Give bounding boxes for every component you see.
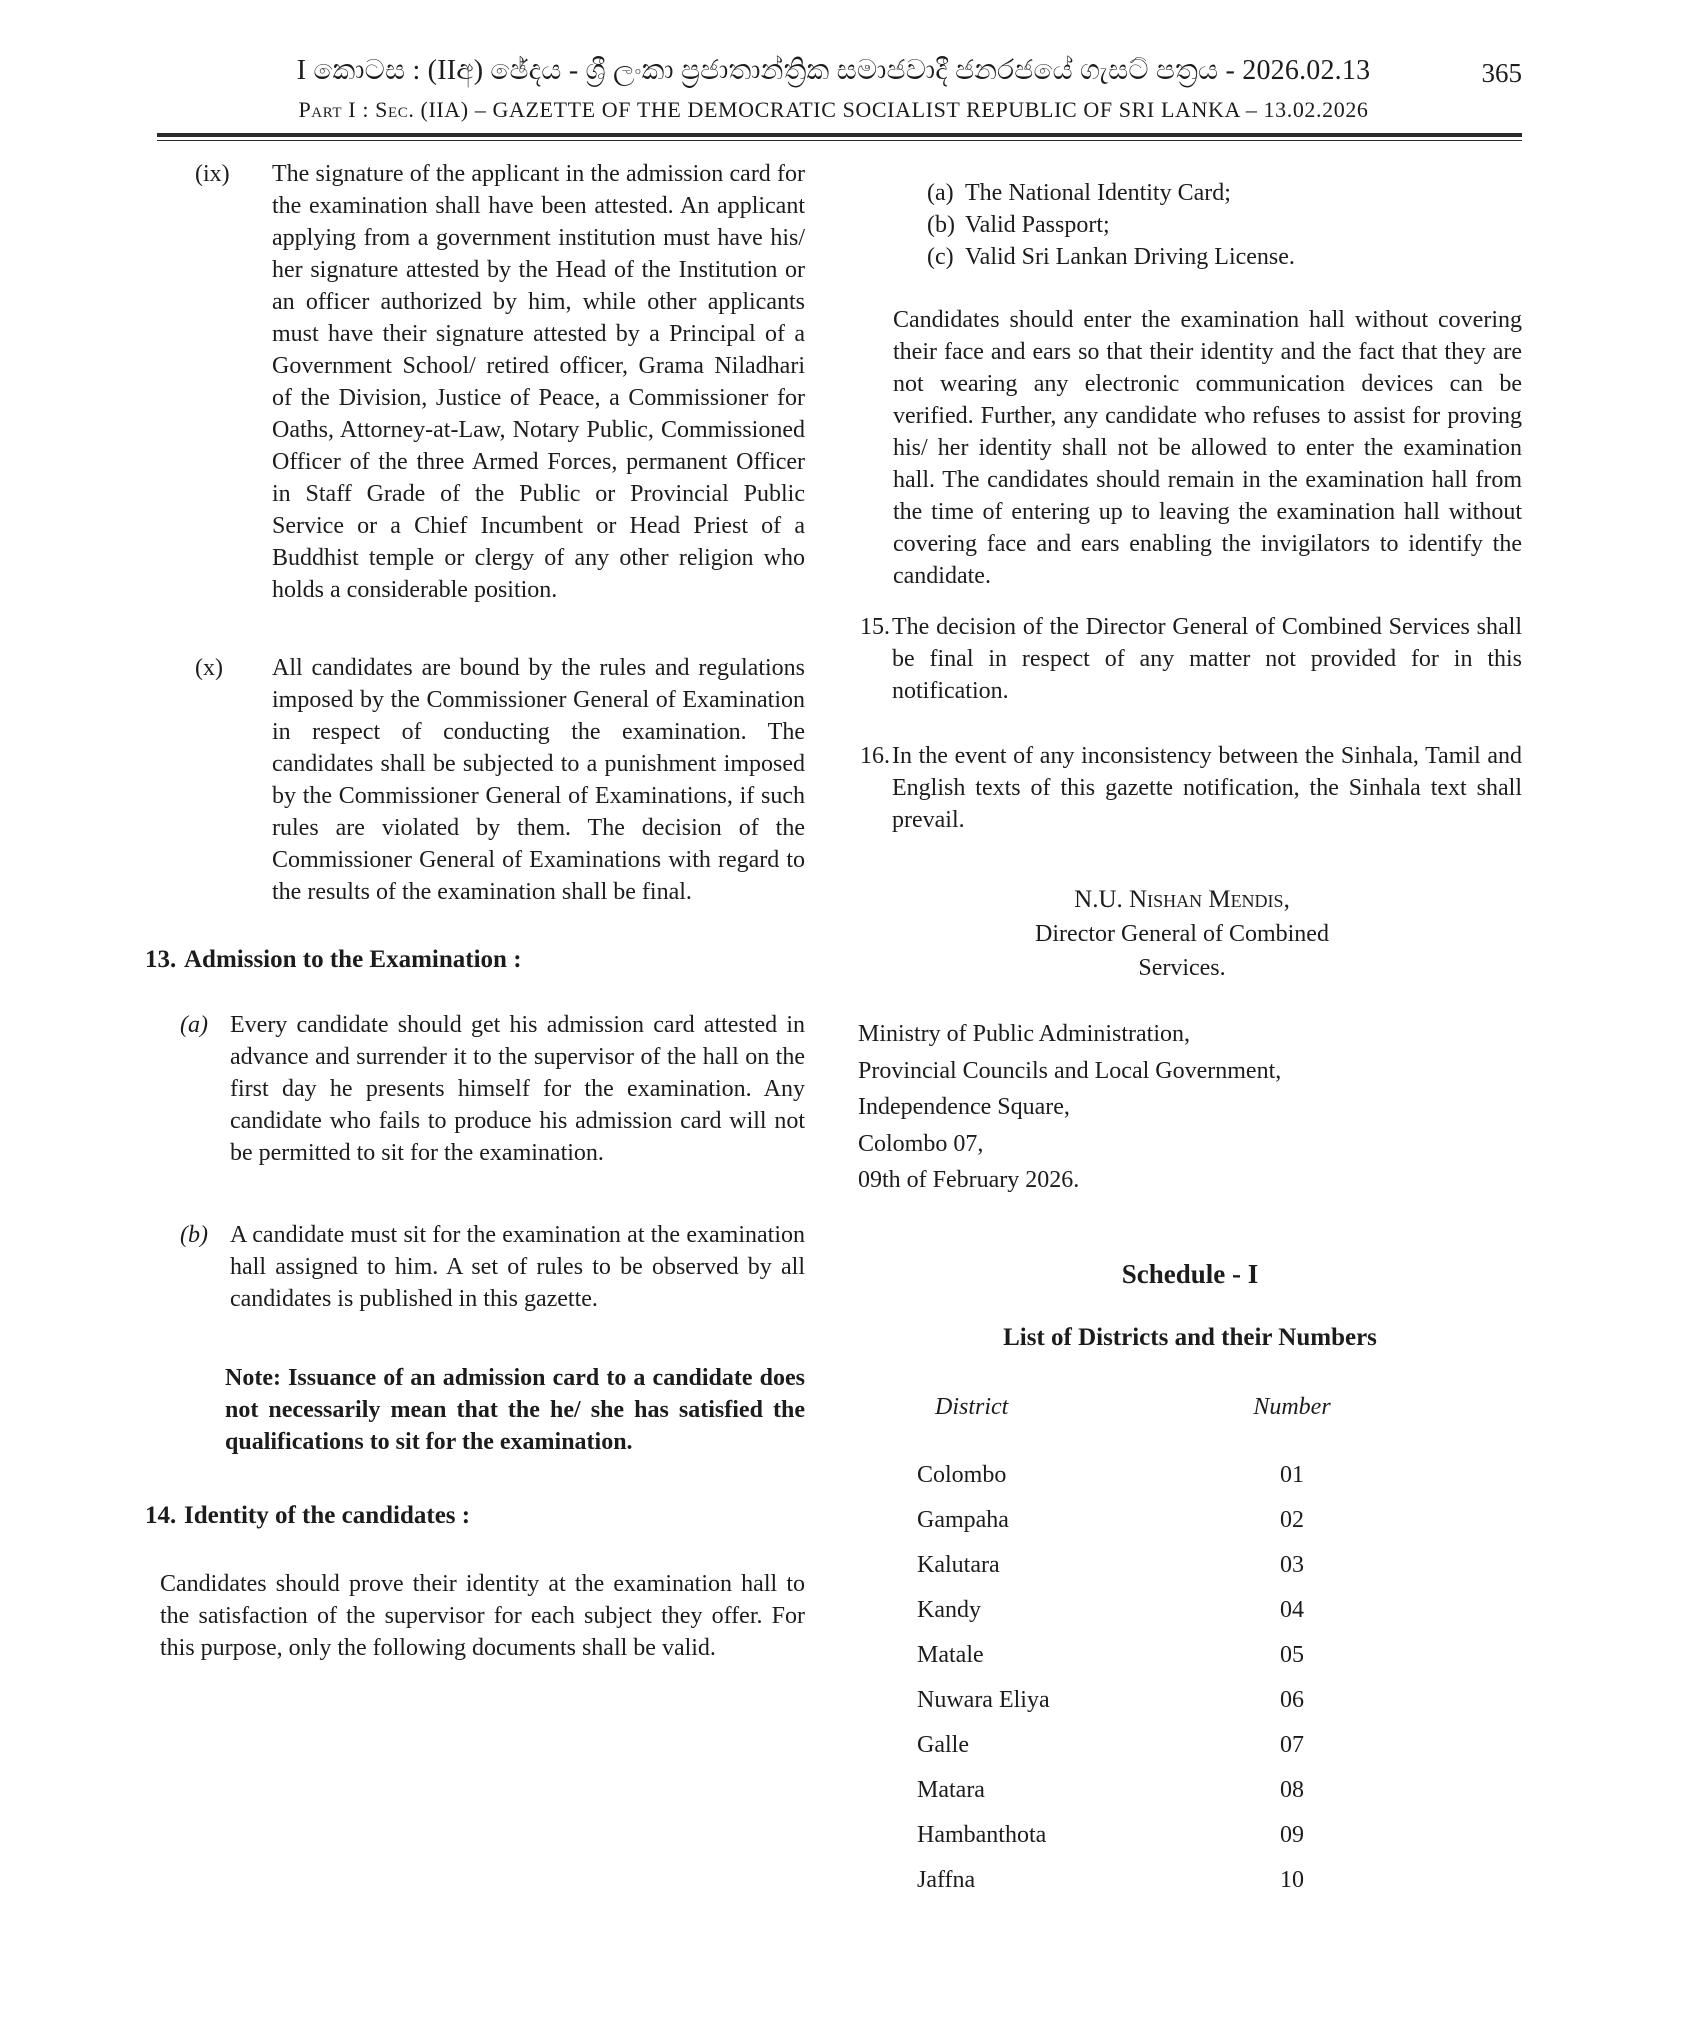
doc-item-a-text: The National Identity Card;	[965, 180, 1231, 206]
table-row: Kandy 04	[858, 1594, 1522, 1626]
district-header-cell: District	[858, 1391, 1252, 1423]
header-english: Part I : Sec. (IIA) – GAZETTE OF THE DEM…	[145, 96, 1522, 124]
doc-item-b-label: (b)	[927, 209, 955, 241]
doc-item-c-text: Valid Sri Lankan Driving License.	[965, 244, 1295, 270]
signatory-title-line1: Director General of Combined	[858, 917, 1506, 951]
note-paragraph: Note: Issuance of an admission card to a…	[225, 1362, 805, 1458]
clause-13b: (b) A candidate must sit for the examina…	[145, 1219, 805, 1315]
number-header-cell: Number	[1252, 1391, 1332, 1423]
signatory-title-line2: Services.	[858, 951, 1506, 985]
section-14-number: 14.	[145, 1500, 184, 1532]
number-cell: 09	[1252, 1819, 1332, 1851]
clause-16: 16. In the event of any inconsistency be…	[858, 740, 1522, 836]
clause-x-text: All candidates are bound by the rules an…	[272, 655, 805, 905]
doc-item-b-text: Valid Passport;	[965, 212, 1110, 238]
number-cell: 08	[1252, 1774, 1332, 1806]
doc-item-b: (b) Valid Passport;	[858, 209, 1522, 241]
page-number: 365	[1482, 60, 1523, 87]
address-line: Ministry of Public Administration,	[858, 1016, 1522, 1053]
clause-x-label: (x)	[195, 652, 223, 684]
header-divider	[157, 133, 1522, 141]
district-cell: Hambanthota	[858, 1819, 1252, 1851]
table-row: Matara 08	[858, 1774, 1522, 1806]
table-row: Kalutara 03	[858, 1549, 1522, 1581]
district-cell: Galle	[858, 1729, 1252, 1761]
section-14-title: Identity of the candidates :	[184, 1502, 470, 1529]
district-cell: Matale	[858, 1639, 1252, 1671]
doc-item-a: (a) The National Identity Card;	[858, 177, 1522, 209]
signature-block: N.U. Nishan Mendis, Director General of …	[858, 883, 1506, 985]
signatory-name: N.U. Nishan Mendis,	[858, 883, 1506, 917]
district-cell: Kandy	[858, 1594, 1252, 1626]
valid-documents-list: (a) The National Identity Card; (b) Vali…	[858, 177, 1522, 273]
number-cell: 04	[1252, 1594, 1332, 1626]
clause-15-text: The decision of the Director General of …	[892, 614, 1522, 704]
doc-item-a-label: (a)	[927, 177, 954, 209]
district-cell: Matara	[858, 1774, 1252, 1806]
doc-item-c-label: (c)	[927, 241, 954, 273]
clause-13a-text: Every candidate should get his admission…	[230, 1012, 805, 1166]
number-cell: 03	[1252, 1549, 1332, 1581]
clause-ix-label: (ix)	[195, 158, 230, 190]
doc-item-c: (c) Valid Sri Lankan Driving License.	[858, 241, 1522, 273]
address-line: Colombo 07,	[858, 1126, 1522, 1163]
section-13-number: 13.	[145, 944, 184, 976]
clause-16-label: 16.	[860, 740, 890, 772]
table-row: Jaffna 10	[858, 1864, 1522, 1896]
clause-13a: (a) Every candidate should get his admis…	[145, 1009, 805, 1169]
number-cell: 05	[1252, 1639, 1332, 1671]
schedule-subtitle: List of Districts and their Numbers	[858, 1322, 1522, 1354]
number-cell: 06	[1252, 1684, 1332, 1716]
right-column: (a) The National Identity Card; (b) Vali…	[858, 158, 1522, 1909]
district-cell: Gampaha	[858, 1504, 1252, 1536]
header-sinhala: I කොටස : (IIඅ) ඡේදය - ශ්‍රී ලංකා ප්‍රජාත…	[145, 52, 1522, 90]
number-cell: 07	[1252, 1729, 1332, 1761]
table-row: Gampaha 02	[858, 1504, 1522, 1536]
address-block: Ministry of Public Administration, Provi…	[858, 1016, 1522, 1199]
clause-15-label: 15.	[860, 611, 890, 643]
table-row: Matale 05	[858, 1639, 1522, 1671]
number-cell: 02	[1252, 1504, 1332, 1536]
clause-15: 15. The decision of the Director General…	[858, 611, 1522, 707]
clause-13b-label: (b)	[180, 1219, 208, 1251]
number-cell: 01	[1252, 1459, 1332, 1491]
number-cell: 10	[1252, 1864, 1332, 1896]
district-cell: Colombo	[858, 1459, 1252, 1491]
districts-table: District Number Colombo 01 Gampaha 02 Ka…	[858, 1391, 1522, 1896]
district-cell: Kalutara	[858, 1549, 1252, 1581]
section-14-heading: 14.Identity of the candidates :	[145, 1500, 805, 1532]
section-13-heading: 13.Admission to the Examination :	[145, 944, 805, 976]
clause-x: (x) All candidates are bound by the rule…	[145, 652, 805, 908]
districts-table-header: District Number	[858, 1391, 1522, 1423]
left-column: (ix) The signature of the applicant in t…	[145, 158, 805, 1909]
content-columns: (ix) The signature of the applicant in t…	[145, 158, 1522, 1909]
district-cell: Jaffna	[858, 1864, 1252, 1896]
address-line: Independence Square,	[858, 1089, 1522, 1126]
table-row: Nuwara Eliya 06	[858, 1684, 1522, 1716]
district-cell: Nuwara Eliya	[858, 1684, 1252, 1716]
table-row: Galle 07	[858, 1729, 1522, 1761]
clause-16-text: In the event of any inconsistency betwee…	[892, 743, 1522, 833]
table-row: Hambanthota 09	[858, 1819, 1522, 1851]
clause-13a-label: (a)	[180, 1009, 208, 1041]
section-13-title: Admission to the Examination :	[184, 946, 522, 973]
address-line: Provincial Councils and Local Government…	[858, 1053, 1522, 1090]
schedule-title: Schedule - I	[858, 1257, 1522, 1291]
gazette-page: 365 I කොටස : (IIඅ) ඡේදය - ශ්‍රී ලංකා ප්‍…	[0, 0, 1700, 2040]
clause-ix: (ix) The signature of the applicant in t…	[145, 158, 805, 606]
clause-ix-text: The signature of the applicant in the ad…	[272, 161, 805, 603]
address-line: 09th of February 2026.	[858, 1162, 1522, 1199]
clause-13b-text: A candidate must sit for the examination…	[230, 1222, 805, 1312]
identity-paragraph: Candidates should enter the examination …	[893, 304, 1522, 592]
section-14-paragraph: Candidates should prove their identity a…	[160, 1568, 805, 1664]
table-row: Colombo 01	[858, 1459, 1522, 1491]
